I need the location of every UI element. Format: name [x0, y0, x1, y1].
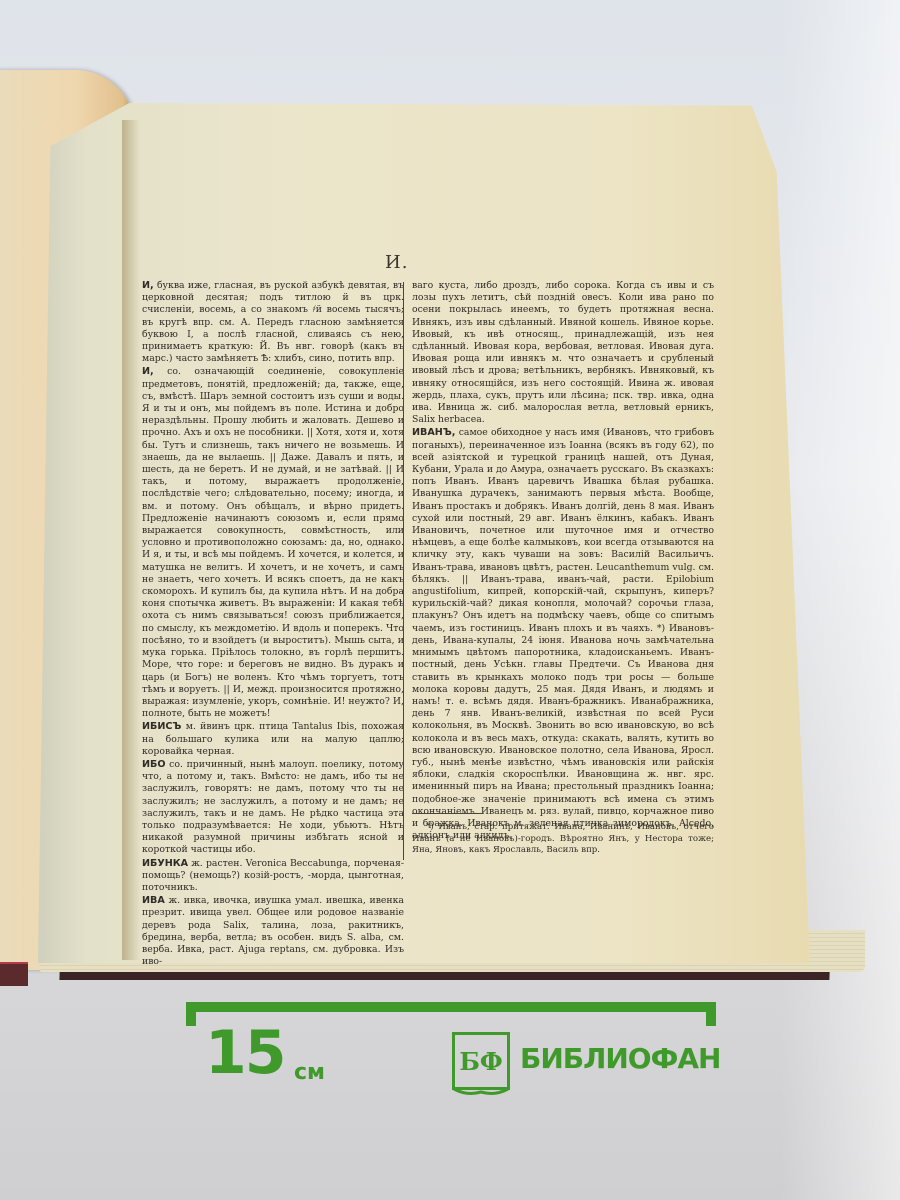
entry: ваго куста, либо дроздъ, либо сорока. Ко…: [412, 280, 714, 426]
brand-name: БИБЛИОФАН: [520, 1042, 720, 1075]
entry-headword: И,: [142, 366, 154, 377]
table-surface-highlight: [780, 0, 900, 1200]
entry: ИБО со. причинный, нынѣ малоуп. поелику,…: [142, 759, 404, 857]
gutter-shadow: [122, 120, 140, 960]
left-text-column: И, буква иже, гласная, въ руской азбукѣ …: [142, 280, 404, 969]
entry-text: со. причинный, нынѣ малоуп. поелику, пот…: [142, 759, 404, 855]
entry: ИВАНЪ, самое обиходное у насъ имя (Ивано…: [412, 427, 714, 842]
footnote: *) Иванъ, стар. притяжат. Ивана, Иванинъ…: [412, 822, 714, 857]
column-divider: [403, 282, 404, 860]
entry-text: ваго куста, либо дроздъ, либо сорока. Ко…: [412, 280, 714, 425]
entry-headword: ИБО: [142, 759, 166, 770]
entry: ИБИСЪ м. ӥвинъ црк. птица Tantalus Ibis,…: [142, 721, 404, 758]
scale-ruler-unit: см: [294, 1060, 325, 1085]
footnote-divider: [412, 813, 482, 814]
scale-ruler-length: 15: [205, 1018, 285, 1088]
entry: И, со. означающій соединеніе, совокуплен…: [142, 366, 404, 720]
entry: И, буква иже, гласная, въ руской азбукѣ …: [142, 280, 404, 365]
entry: ИВА ж. ивка, ивочка, ивушка умал. ивешка…: [142, 895, 404, 968]
bibliofan-logo-icon: БФ: [452, 1032, 510, 1090]
entry-headword: И,: [142, 280, 154, 291]
entry-text: м. ӥвинъ црк. птица Tantalus Ibis, похож…: [142, 721, 404, 756]
entry-headword: ИВАНЪ,: [412, 427, 455, 438]
right-text-column: ваго куста, либо дроздъ, либо сорока. Ко…: [412, 280, 714, 843]
page-heading-letter: И.: [385, 252, 408, 273]
entry-text: буква иже, гласная, въ руской азбукѣ дев…: [142, 280, 404, 364]
entry-text: самое обиходное у насъ имя (Ивановъ, что…: [412, 427, 714, 841]
entry-text: со. означающій соединеніе, совокупленіе …: [142, 366, 404, 719]
entry-headword: ИВА: [142, 895, 165, 906]
entry-headword: ИБУНКА: [142, 858, 188, 869]
entry-headword: ИБИСЪ: [142, 721, 181, 732]
open-book-icon: [452, 1088, 510, 1098]
entry-text: ж. ивка, ивочка, ивушка умал. ивешка, ив…: [142, 895, 404, 967]
logo-letters: БФ: [459, 1047, 502, 1076]
left-cover-edge: [0, 962, 28, 986]
entry: ИБУНКА ж. растен. Veronica Beccabunga, п…: [142, 858, 404, 895]
